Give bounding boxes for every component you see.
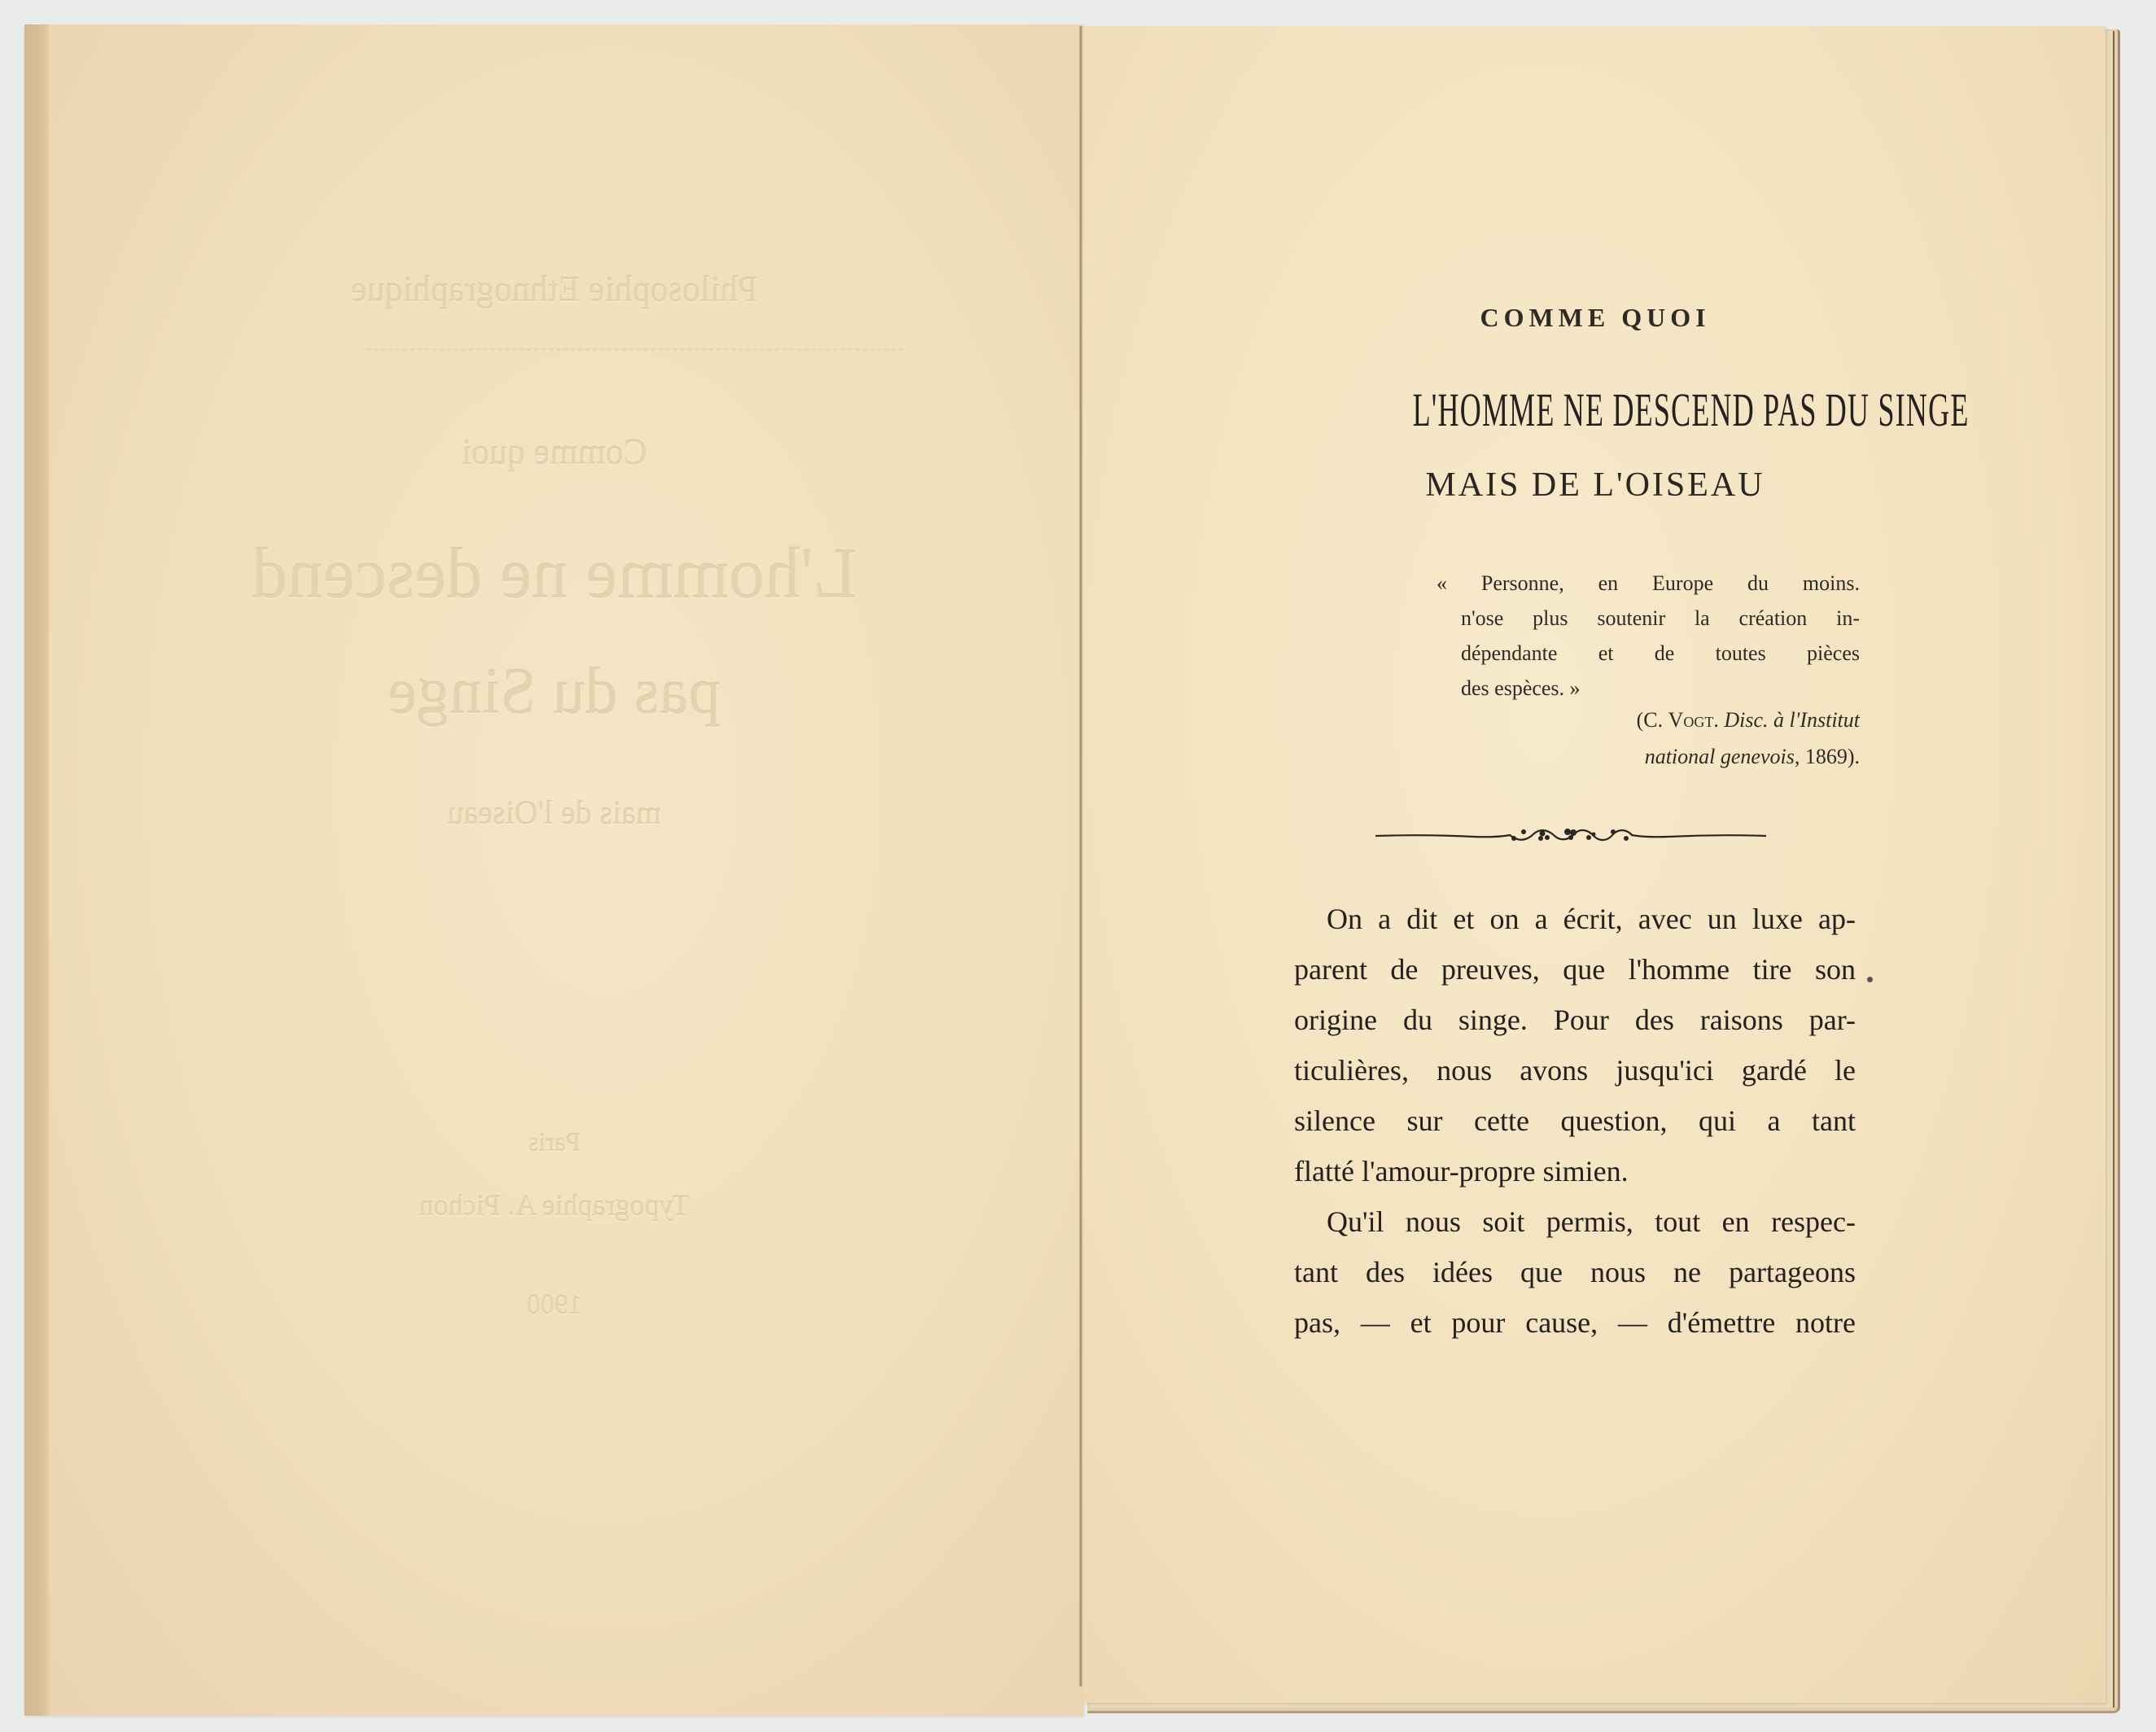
show-through-line: Philosophie Ethnographique — [24, 269, 1084, 310]
fleuron-divider-icon — [1375, 824, 1766, 848]
book-spine — [1079, 26, 1082, 1686]
show-through-line: L'homme ne descend — [24, 533, 1084, 615]
ghost-rule — [366, 348, 903, 351]
left-page: Philosophie EthnographiqueComme quoiL'ho… — [24, 24, 1084, 1716]
title-kicker: COMME QUOI — [1302, 303, 1888, 333]
show-through-line: mais de l'Oiseau — [24, 794, 1084, 832]
epigraph-line: des espèces. » — [1461, 671, 1860, 706]
epigraph: « Personne, en Europe du moins. n'ose pl… — [1461, 566, 1860, 706]
citation-sep: . — [1713, 708, 1724, 732]
show-through-line: pas du Singe — [24, 655, 1084, 729]
citation-author: Vogt — [1668, 708, 1714, 732]
body-line: tant des idées que nous ne partageons — [1294, 1247, 1856, 1297]
show-through-line: Paris — [24, 1127, 1084, 1157]
body-line: flatté l'amour-propre simien. — [1294, 1146, 1856, 1196]
body-line: origine du singe. Pour des raisons par- — [1294, 995, 1856, 1045]
citation-open: (C. — [1637, 708, 1668, 732]
citation-year: , 1869). — [1795, 745, 1860, 768]
epigraph-line: « Personne, en Europe du moins. — [1437, 566, 1860, 601]
page-title: L'HOMME NE DESCEND PAS DU SINGE — [1413, 383, 1786, 437]
body-line: ticulières, nous avons jusqu'ici gardé l… — [1294, 1045, 1856, 1096]
ink-speck — [1867, 977, 1873, 982]
citation-work-cont: national genevois — [1645, 745, 1795, 768]
show-through-line: 1900 — [24, 1290, 1084, 1321]
body-line: Qu'il nous soit permis, tout en respec- — [1294, 1196, 1856, 1247]
body-text: On a dit et on a écrit, avec un luxe ap-… — [1294, 894, 1856, 1348]
citation-work: Disc. à l'Institut — [1724, 708, 1860, 732]
epigraph-line: n'ose plus soutenir la création in- — [1461, 601, 1860, 636]
page-subtitle: MAIS DE L'OISEAU — [1302, 466, 1888, 505]
show-through-line: Comme quoi — [24, 431, 1084, 473]
body-line: silence sur cette question, qui a tant — [1294, 1096, 1856, 1146]
epigraph-citation: (C. Vogt. Disc. à l'Institut national ge… — [1546, 702, 1860, 775]
show-through-line: Typographie A. Pichon — [24, 1188, 1084, 1222]
body-line: pas, — et pour cause, — d'émettre notre — [1294, 1297, 1856, 1348]
body-line: On a dit et on a écrit, avec un luxe ap- — [1294, 894, 1856, 944]
body-line: parent de preuves, que l'homme tire son — [1294, 944, 1856, 995]
epigraph-line: dépendante et de toutes pièces — [1461, 636, 1860, 671]
right-page — [1084, 26, 2106, 1703]
